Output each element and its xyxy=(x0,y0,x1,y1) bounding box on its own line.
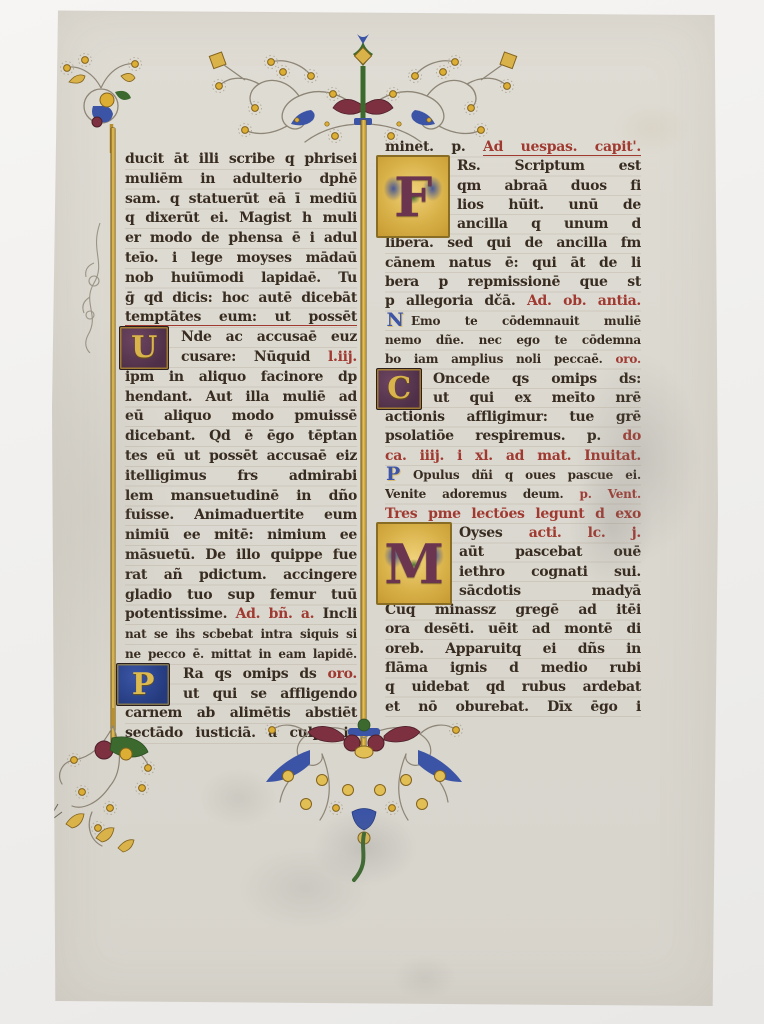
body-text: ora desēti. uēit ad montē di xyxy=(385,621,641,637)
body-text: muliēm in adulterio dphē xyxy=(125,171,357,187)
body-text: Incli xyxy=(323,606,357,622)
text-line: muliēm in adulterio dphē xyxy=(125,170,357,190)
rubric-text: do xyxy=(622,428,641,444)
body-text: cusare: Nūquid xyxy=(181,349,310,365)
illuminated-initial-M: M xyxy=(376,522,452,605)
text-line: ducit āt illi scribe q phrisei xyxy=(125,150,357,170)
body-text: ut qui ex meīto nrē xyxy=(433,390,641,406)
text-line: fuisse. Animaduertite eum xyxy=(125,506,357,526)
photo-backdrop: ducit āt illi scribe q phriseimuliēm in … xyxy=(0,0,764,1024)
illuminated-initial-P: P xyxy=(116,663,170,707)
text-line: psolatiōe respiremus. p. do xyxy=(385,427,641,446)
body-text: ancilla q unum d xyxy=(457,216,641,232)
rubric-text: Ad. ob. antia. xyxy=(527,293,641,309)
body-text: fuisse. Animaduertite eum xyxy=(125,507,357,523)
body-text: er modo de phensa ē i adul xyxy=(125,230,357,246)
text-line: māsuetū. De illo quippe fue xyxy=(125,546,357,566)
right-text-column: minet. p. Ad uespas. capit'.Rs. Scriptum… xyxy=(385,138,641,717)
body-text: Opulus dñi q oues pascue ei. xyxy=(413,468,641,482)
body-text: gladio tuo sup femur tuū xyxy=(125,587,357,603)
body-text: nimiū ee mitē: nimium ee xyxy=(125,527,357,543)
text-line: ipm in aliquo facinore dp xyxy=(125,368,357,388)
body-text: q dixerūt ei. Magist h muli xyxy=(125,210,357,226)
text-line: p allegoria dčā. Ad. ob. antia. xyxy=(385,292,641,311)
illuminated-initial-P: P xyxy=(381,464,405,485)
body-text: māsuetū. De illo quippe fue xyxy=(125,547,357,563)
body-text: Oncede qs omips ds: xyxy=(433,371,641,387)
text-line: Opulus dñi q oues pascue ei. xyxy=(385,466,641,485)
text-line: ca. iiij. i xl. ad mat. Inuitat. xyxy=(385,447,641,466)
text-line: ne pecco ē. mittat in eam lapidē. xyxy=(125,645,357,665)
body-text: bera p repmissionē que st xyxy=(385,274,641,290)
rubric-text: ca. iiij. i xl. ad mat. Inuitat. xyxy=(385,448,641,464)
rubric-text: p. Vent. xyxy=(580,487,641,501)
body-text: Venite adoremus deum. xyxy=(385,487,563,501)
spray-left-half xyxy=(209,52,363,143)
body-text: et nō oburebat. Dīx ēgo i xyxy=(385,699,641,715)
rubric-text: Ad uespas. capit'. xyxy=(483,139,641,156)
body-text: psolatiōe respiremus. p. xyxy=(385,428,601,444)
rubric-text: Tres pme lectōes legunt d exo xyxy=(385,506,641,522)
body-text: lem mansuetudinē in dño xyxy=(125,488,357,504)
text-line: oreb. Apparuitq ei dñs in xyxy=(385,640,641,659)
body-text: nob huiūmodi lapidaē. Tu xyxy=(125,270,357,286)
body-text: teīo. i lege moyses mādaū xyxy=(125,250,357,266)
body-text: nat se ihs scbebat intra siquis si xyxy=(125,627,357,641)
text-line: nimiū ee mitē: nimium ee xyxy=(125,526,357,546)
text-line: Oncede qs omips ds: xyxy=(385,370,641,389)
body-text: sācdotis madyā xyxy=(459,583,641,599)
body-text: lios hūit. unū de xyxy=(457,197,641,213)
text-line: temptātes eum: ut possēt xyxy=(125,308,357,328)
text-line: sam. q statuerūt eā ī mediū xyxy=(125,190,357,210)
body-text: tes eū ut possēt accusaē eiz xyxy=(125,448,357,464)
text-line: q uidebat qd rubus ardebat xyxy=(385,678,641,697)
text-line: ora desēti. uēit ad montē di xyxy=(385,620,641,639)
body-text: ut qui se affligendo xyxy=(183,686,357,702)
body-text: actionis affligimur: tue grē xyxy=(385,409,641,425)
bottom-center-medallion xyxy=(344,719,384,880)
body-text: ne pecco ē. mittat in eam lapidē. xyxy=(125,647,357,661)
bottom-left-foliage xyxy=(52,708,155,852)
body-text: nemo dñe. nec ego te cōdemna xyxy=(385,333,641,347)
text-line: flāma ignis d medio rubi xyxy=(385,659,641,678)
body-text: potentissime. xyxy=(125,606,227,622)
left-margin-pen-flourish xyxy=(70,223,115,353)
text-line: gladio tuo sup femur tuū xyxy=(125,586,357,606)
text-line: ḡ qd dicis: hoc autē dicebāt xyxy=(125,289,357,309)
text-line: potentissime. Ad. bñ. a. Incli xyxy=(125,605,357,625)
text-line: eū aliquo modo pmuissē xyxy=(125,407,357,427)
illuminated-initial-U: U xyxy=(119,326,169,370)
body-text: Rs. Scriptum est xyxy=(457,158,641,174)
text-line: nob huiūmodi lapidaē. Tu xyxy=(125,269,357,289)
top-left-corner-ornament xyxy=(57,48,152,153)
text-line: et nō oburebat. Dīx ēgo i xyxy=(385,698,641,717)
text-line: actionis affligimur: tue grē xyxy=(385,408,641,427)
rubric-text: l.iij. xyxy=(328,349,357,365)
body-text: temptātes eum: ut possēt xyxy=(125,309,357,326)
rubric-text: acti. lc. j. xyxy=(529,525,641,541)
text-line: er modo de phensa ē i adul xyxy=(125,229,357,249)
body-text: bo iam amplius noli peccaē. xyxy=(385,352,603,366)
text-line: nemo dñe. nec ego te cōdemna xyxy=(385,331,641,350)
text-line: ut qui ex meīto nrē xyxy=(385,389,641,408)
body-text: Nde ac xyxy=(181,329,243,345)
body-text: ipm in aliquo facinore dp xyxy=(125,369,357,385)
bottom-left-ornament xyxy=(52,708,237,863)
body-text: Ra qs omips ds xyxy=(183,666,316,682)
body-text: accusaē euz xyxy=(257,329,357,345)
illuminated-initial-F: F xyxy=(376,155,450,238)
text-line: dicebant. Qd ē ēgo tēptan xyxy=(125,427,357,447)
body-text: cānem natus ē: qui āt de li xyxy=(385,255,641,271)
text-line: nat se ihs scbebat intra siquis si xyxy=(125,625,357,645)
illuminated-initial-N: N xyxy=(383,310,407,331)
body-text: Oyses xyxy=(459,525,503,541)
column-divider-gold-bar xyxy=(361,120,366,750)
body-text: q uidebat qd rubus ardebat xyxy=(385,679,641,695)
body-text: aūt pascebat ouē xyxy=(459,544,641,560)
body-text: iethro cognati sui. xyxy=(459,564,641,580)
text-line: lem mansuetudinē in dño xyxy=(125,487,357,507)
body-text: qm abraā duos fi xyxy=(457,178,641,194)
pen-flourish xyxy=(83,223,100,353)
rubric-text: Ad. bñ. a. xyxy=(236,606,315,622)
body-text: eū aliquo modo pmuissē xyxy=(125,408,357,424)
body-text: ducit āt illi scribe q phrisei xyxy=(125,151,357,167)
text-line: hendant. Aut illa muliē ad xyxy=(125,388,357,408)
left-text-column: ducit āt illi scribe q phriseimuliēm in … xyxy=(125,150,357,744)
body-text: minet. p. xyxy=(385,139,465,155)
rubric-text: oro. xyxy=(328,666,357,682)
body-text: Emo te cōdemnauit muliē xyxy=(411,314,641,328)
text-line: Venite adoremus deum. p. Vent. xyxy=(385,485,641,504)
body-text: itelligimus frs admirabi xyxy=(125,468,357,484)
body-text: rat añ pdictum. accingere xyxy=(125,567,357,583)
text-line: cānem natus ē: qui āt de li xyxy=(385,254,641,273)
text-line: teīo. i lege moyses mādaū xyxy=(125,249,357,269)
corner-knot xyxy=(61,54,142,154)
spray-right-half xyxy=(363,52,517,143)
illuminated-initial-C: C xyxy=(376,368,422,411)
text-line: tes eū ut possēt accusaē eiz xyxy=(125,447,357,467)
body-text: dicebant. Qd ē ēgo tēptan xyxy=(125,428,357,444)
text-line: rat añ pdictum. accingere xyxy=(125,566,357,586)
left-margin-gold-bar xyxy=(111,128,115,746)
body-text: flāma ignis d medio rubi xyxy=(385,660,641,676)
body-text: ḡ qd dicis: hoc autē dicebāt xyxy=(125,290,357,306)
body-text: hendant. Aut illa muliē ad xyxy=(125,389,357,405)
text-line: bo iam amplius noli peccaē. oro. xyxy=(385,350,641,369)
rubric-text: oro. xyxy=(616,352,642,366)
text-line: Emo te cōdemnauit muliē xyxy=(385,312,641,331)
text-line: bera p repmissionē que st xyxy=(385,273,641,292)
text-line: itelligimus frs admirabi xyxy=(125,467,357,487)
manuscript-leaf: ducit āt illi scribe q phriseimuliēm in … xyxy=(52,8,718,1008)
body-text: oreb. Apparuitq ei dñs in xyxy=(385,641,641,657)
body-text: p allegoria dčā. xyxy=(385,293,515,309)
bottom-center-ornament xyxy=(248,716,538,886)
text-line: q dixerūt ei. Magist h muli xyxy=(125,209,357,229)
body-text: sam. q statuerūt eā ī mediū xyxy=(125,191,357,207)
